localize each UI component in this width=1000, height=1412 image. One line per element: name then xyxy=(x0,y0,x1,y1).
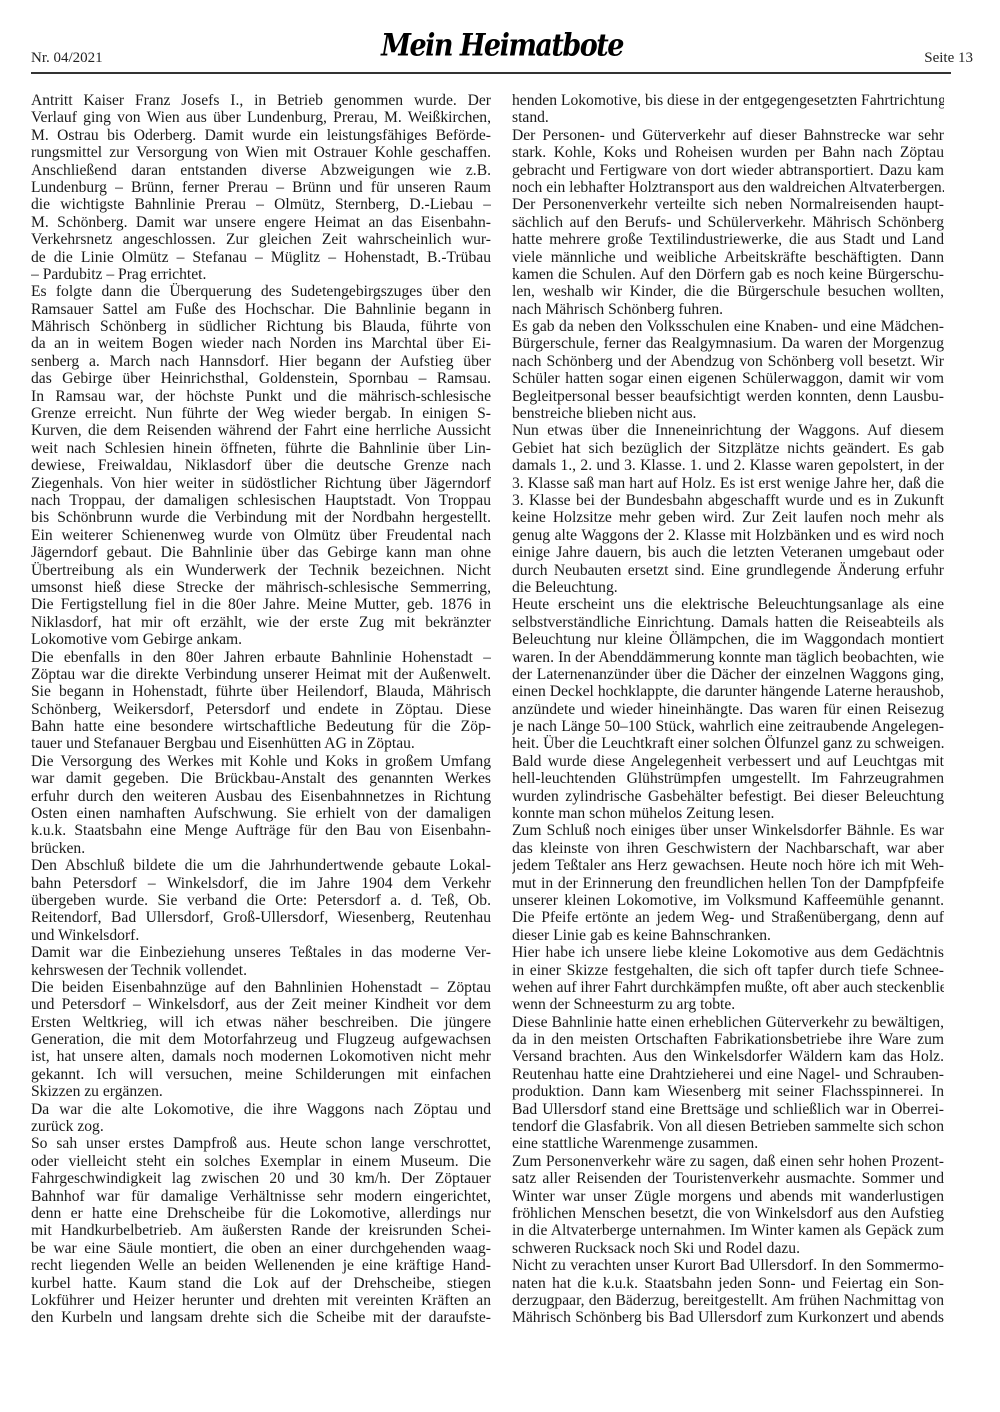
text-line: Verlauf ging von Wien aus über Lundenbur… xyxy=(31,109,491,126)
text-line: damals 1., 2. und 3. Klasse. 1. und 2. K… xyxy=(512,457,944,474)
text-line: Die beiden Eisenbahnzüge auf den Bahnlin… xyxy=(31,979,491,996)
text-line: sächlich auf den Berufs- und Schülerverk… xyxy=(512,214,944,231)
text-line: senberg a. March nach Hannsdorf. Hier be… xyxy=(31,353,491,370)
text-line: bis Schönbrunn wurde die Verbindung mit … xyxy=(31,509,491,526)
text-line: – Pardubitz – Prag errichtet. xyxy=(31,266,491,283)
text-line: Damit war die Einbeziehung unseres Teßta… xyxy=(31,944,491,961)
page-number: Seite 13 xyxy=(924,50,973,67)
text-line: Die Fertigstellung fiel in die 80er Jahr… xyxy=(31,596,491,613)
text-line: Lundenburg – Brünn, ferner Prerau – Brün… xyxy=(31,179,491,196)
text-line: Winter war unser Zügle morgens und abend… xyxy=(512,1188,944,1205)
text-line: Ersten Weltkrieg, will ich etwas näher b… xyxy=(31,1014,491,1031)
paragraph: Es folgte dann die Überquerung des Sudet… xyxy=(31,283,491,648)
text-line: umsonst hieß diese Strecke der mährisch-… xyxy=(31,579,491,596)
paragraph: Den Abschluß bildete die um die Jahrhund… xyxy=(31,857,491,944)
text-line: wehen auf ihrer Fahrt durchkämpfen mußte… xyxy=(512,979,944,996)
text-line: M. Schönberg. Damit war unsere engere He… xyxy=(31,214,491,231)
text-line: tendorf die Glasfabrik. Von all diesen B… xyxy=(512,1118,944,1135)
text-line: Nicht zu verachten unser Kurort Bad Ulle… xyxy=(512,1257,944,1274)
text-line: Kurven, die dem Reisenden während der Fa… xyxy=(31,422,491,439)
paragraph: Hier habe ich unsere liebe kleine Lokomo… xyxy=(512,944,944,1014)
text-line: Die Versorgung des Werkes mit Kohle und … xyxy=(31,753,491,770)
text-line: war damit gegeben. Die Brückbau-Anstalt … xyxy=(31,770,491,787)
text-line: da an in weitem Bogen wieder nach Norden… xyxy=(31,335,491,352)
text-line: Reitendorf, Bad Ullersdorf, Groß-Ullersd… xyxy=(31,909,491,926)
header-rule xyxy=(31,72,951,74)
text-line: kamen die Schulen. Auf den Dörfern gab e… xyxy=(512,266,944,283)
text-line: stand. xyxy=(512,109,944,126)
text-line: Osten einen namhaften Aufschwung. Sie er… xyxy=(31,805,491,822)
text-line: wenn der Schneesturm zu arg tobte. xyxy=(512,996,944,1013)
text-line: wurden zylindrische Gasbehälter befestig… xyxy=(512,788,944,805)
paragraph: So sah unser erstes Dampfroß aus. Heute … xyxy=(31,1135,491,1326)
text-line: Übertreibung als ein Wunderwerk der Tech… xyxy=(31,562,491,579)
article-column-right: henden Lokomotive, bis diese in der entg… xyxy=(512,92,944,1327)
text-line: Der Personenverkehr verteilte sich neben… xyxy=(512,196,944,213)
text-line: Es gab da neben den Volksschulen eine Kn… xyxy=(512,318,944,335)
text-line: Bahn hatte eine besondere wirtschaftlich… xyxy=(31,718,491,735)
article-column-left: Antritt Kaiser Franz Josefs I., in Betri… xyxy=(31,92,491,1327)
text-line: einen Deckel hochklappte, die darunter h… xyxy=(512,683,944,700)
text-line: anzündete und wieder hineinhängte. Das w… xyxy=(512,701,944,718)
text-line: kurbel hatte. Kaum stand die Lok auf der… xyxy=(31,1275,491,1292)
text-line: Ein weiterer Schienenweg wurde von Olmüt… xyxy=(31,527,491,544)
text-line: Antritt Kaiser Franz Josefs I., in Betri… xyxy=(31,92,491,109)
text-line: noch ein lebhafter Holztransport aus den… xyxy=(512,179,944,196)
text-line: Da war die alte Lokomotive, die ihre Wag… xyxy=(31,1101,491,1118)
text-line: die wichtigste Bahnlinie Prerau – Olmütz… xyxy=(31,196,491,213)
text-line: den Kurbeln und langsam drehte sich die … xyxy=(31,1309,491,1326)
text-line: mit Handkurbelbetrieb. Am äußersten Rand… xyxy=(31,1222,491,1239)
text-line: Gebiet hat sich bezüglich der Sitzplätze… xyxy=(512,440,944,457)
text-line: be war eine Säule montiert, die oben an … xyxy=(31,1240,491,1257)
text-line: Zum Personenverkehr wäre zu sagen, daß e… xyxy=(512,1153,944,1170)
text-line: hell-leuchtenden Glühstrümpfen umgestell… xyxy=(512,770,944,787)
text-line: Zum Schluß noch einiges über unser Winke… xyxy=(512,822,944,839)
text-line: je nach Länge 50–100 Stück, wahrlich ein… xyxy=(512,718,944,735)
text-line: schweren Rucksack noch Ski und Rodel daz… xyxy=(512,1240,944,1257)
text-line: Sie begann in Hohenstadt, führte über He… xyxy=(31,683,491,700)
text-line: Beleuchtung nur kleine Öllämpchen, die i… xyxy=(512,631,944,648)
text-line: denn er hatte eine Drehscheibe für die L… xyxy=(31,1205,491,1222)
text-line: brücken. xyxy=(31,840,491,857)
text-line: naten hat die k.u.k. Staatsbahn jeden So… xyxy=(512,1275,944,1292)
text-line: Ramsauer Sattel am Fuße des Hochschar. D… xyxy=(31,301,491,318)
text-line: stark. Kohle, Koks und Roheisen wurden p… xyxy=(512,144,944,161)
text-line: fröhlichen Menschen besetzt, die von Win… xyxy=(512,1205,944,1222)
text-line: Der Personen- und Güterverkehr auf diese… xyxy=(512,127,944,144)
text-line: erfuhr durch den weiteren Ausbau des Eis… xyxy=(31,788,491,805)
text-line: tauer und Stefanauer Bergbau und Eisenhü… xyxy=(31,735,491,752)
text-line: heit. Über die Leuchtkraft einer solchen… xyxy=(512,735,944,752)
paragraph: Nun etwas über die Inneneinrichtung der … xyxy=(512,422,944,596)
text-line: benstreiche blieben nicht aus. xyxy=(512,405,944,422)
text-line: gekannt. Ich will versuchen, meine Schil… xyxy=(31,1066,491,1083)
text-line: weit nach Schlesien hinein öffneten, füh… xyxy=(31,440,491,457)
text-line: da in den meisten Ortschaften Fabrikatio… xyxy=(512,1031,944,1048)
masthead-logo: Mein Heimatbote xyxy=(381,28,623,64)
text-line: Mährisch Schönberg bis Bad Ullersdorf zu… xyxy=(512,1309,944,1326)
text-line: nach Mährisch Schönberg fuhren. xyxy=(512,301,944,318)
text-line: Ziegenhals. Von hier weiter in südöstlic… xyxy=(31,475,491,492)
text-line: Bahnhof war für damalige Verhältnisse se… xyxy=(31,1188,491,1205)
text-line: dewiese, Freiwaldau, Niklasdorf über die… xyxy=(31,457,491,474)
text-line: Generation, die mit dem Motorfahrzeug un… xyxy=(31,1031,491,1048)
paragraph: Die ebenfalls in den 80er Jahren erbaute… xyxy=(31,649,491,753)
text-line: mut in der Erinnerung den freundlichen h… xyxy=(512,875,944,892)
text-line: Versand brachten. Aus den Winkelsdorfer … xyxy=(512,1048,944,1065)
text-line: keine Holzsitze mehr geben wird. Zur Zei… xyxy=(512,509,944,526)
text-line: in einer Skizze festgehalten, die sich o… xyxy=(512,962,944,979)
text-line: rungsmittel zur Versorgung von Wien mit … xyxy=(31,144,491,161)
text-line: einige Jahre dauern, bis auch die letzte… xyxy=(512,544,944,561)
text-line: produktion. Dann kam Wiesenberg mit sein… xyxy=(512,1083,944,1100)
paragraph: Zum Schluß noch einiges über unser Winke… xyxy=(512,822,944,944)
text-line: derzugpaar, den Bäderzug, bereitgestellt… xyxy=(512,1292,944,1309)
paragraph: Heute erscheint uns die elektrische Bele… xyxy=(512,596,944,822)
page-header: Nr. 04/2021 Mein Heimatbote Seite 13 xyxy=(31,0,973,72)
text-line: Begleitpersonal besser beaufsichtigt wer… xyxy=(512,388,944,405)
text-line: Mährisch Schönberg in südlicher Richtung… xyxy=(31,318,491,335)
paragraph: Da war die alte Lokomotive, die ihre Wag… xyxy=(31,1101,491,1136)
text-line: die Beleuchtung. xyxy=(512,579,944,596)
paragraph: Die Versorgung des Werkes mit Kohle und … xyxy=(31,753,491,857)
text-line: Jägerndorf gebaut. Die Bahnlinie über da… xyxy=(31,544,491,561)
text-line: zurück zog. xyxy=(31,1118,491,1135)
text-line: Fahrgeschwindigkeit lag zwischen 20 und … xyxy=(31,1170,491,1187)
text-line: Verkehrsnetz angeschlossen. Zur gleichen… xyxy=(31,231,491,248)
text-line: Reutenhau hatte eine Drahtzieherei und e… xyxy=(512,1066,944,1083)
text-line: der Laternenanzünder über die Dächer der… xyxy=(512,666,944,683)
text-line: dieser Linie gab es keine Bahnschranken. xyxy=(512,927,944,944)
text-line: Grenze erreicht. Nun führte der Weg wied… xyxy=(31,405,491,422)
text-line: Schüler hatten sogar einen eigenen Schül… xyxy=(512,370,944,387)
text-line: Lokomotive vom Gebirge ankam. xyxy=(31,631,491,648)
text-line: Lokführer und Heizer herunter und drehte… xyxy=(31,1292,491,1309)
text-line: Es folgte dann die Überquerung des Sudet… xyxy=(31,283,491,300)
text-line: 3. Klasse saß man hart auf Holz. Es ist … xyxy=(512,475,944,492)
text-line: In Ramsau war, der höchste Punkt und die… xyxy=(31,388,491,405)
text-line: hatte mehrere große Textilindustriewerke… xyxy=(512,231,944,248)
text-line: und Winkelsdorf. xyxy=(31,927,491,944)
text-line: Zöptau war die direkte Verbindung unsere… xyxy=(31,666,491,683)
text-line: eine stattliche Warenmenge zusammen. xyxy=(512,1135,944,1152)
paragraph: Diese Bahnlinie hatte einen erheblichen … xyxy=(512,1014,944,1153)
issue-number: Nr. 04/2021 xyxy=(31,50,103,67)
text-line: waren. In der Abenddämmerung konnte man … xyxy=(512,649,944,666)
text-line: gebracht und Fertigware von dort wieder … xyxy=(512,162,944,179)
text-line: nach Schönberg und der Abendzug von Schö… xyxy=(512,353,944,370)
text-line: selbstverständliche Einrichtung. Damals … xyxy=(512,614,944,631)
text-line: Niklasdorf, hat mir oft erzählt, wie der… xyxy=(31,614,491,631)
text-line: bahn Petersdorf – Winkelsdorf, die im Ja… xyxy=(31,875,491,892)
paragraph: Damit war die Einbeziehung unseres Teßta… xyxy=(31,944,491,979)
text-line: genug alte Waggons der 2. Klasse mit Hol… xyxy=(512,527,944,544)
text-line: jedem Teßtaler ans Herz gewachsen. Heute… xyxy=(512,857,944,874)
text-line: k.u.k. Staatsbahn eine Menge Aufträge fü… xyxy=(31,822,491,839)
paragraph: Zum Personenverkehr wäre zu sagen, daß e… xyxy=(512,1153,944,1257)
text-line: Bad Ullersdorf stand eine Brettsäge und … xyxy=(512,1101,944,1118)
text-line: das Gebirge über Heinrichsthal, Goldenst… xyxy=(31,370,491,387)
text-line: viele männliche und weibliche Arbeitskrä… xyxy=(512,249,944,266)
text-line: Den Abschluß bildete die um die Jahrhund… xyxy=(31,857,491,874)
text-line: übergeben wurde. Sie verband die Orte: P… xyxy=(31,892,491,909)
text-line: unserer kleinen Lokomotive, im Volksmund… xyxy=(512,892,944,909)
text-line: satz aller Reisenden der Touristenverkeh… xyxy=(512,1170,944,1187)
text-line: Skizzen zu ergänzen. xyxy=(31,1083,491,1100)
paragraph: henden Lokomotive, bis diese in der entg… xyxy=(512,92,944,127)
text-line: das kleinste von ihren Geschwistern der … xyxy=(512,840,944,857)
text-line: M. Ostrau bis Oderberg. Damit wurde ein … xyxy=(31,127,491,144)
text-line: Hier habe ich unsere liebe kleine Lokomo… xyxy=(512,944,944,961)
text-line: recht liegenden Welle an beiden Wellenen… xyxy=(31,1257,491,1274)
text-line: und Petersdorf – Winkelsdorf, aus der Ze… xyxy=(31,996,491,1013)
text-line: ist, hat unsere alten, damals noch moder… xyxy=(31,1048,491,1065)
text-line: Bald wurde diese Angelegenheit verbesser… xyxy=(512,753,944,770)
text-line: henden Lokomotive, bis diese in der entg… xyxy=(512,92,944,109)
text-line: nach Troppau, der damaligen schlesischen… xyxy=(31,492,491,509)
text-line: So sah unser erstes Dampfroß aus. Heute … xyxy=(31,1135,491,1152)
text-line: oder vielleicht steht ein solches Exempl… xyxy=(31,1153,491,1170)
text-line: Nun etwas über die Inneneinrichtung der … xyxy=(512,422,944,439)
text-line: kehrswesen der Technik vollendet. xyxy=(31,962,491,979)
text-line: durch Neubauten ersetzt sind. Eine grund… xyxy=(512,562,944,579)
text-line: Bürgerschule, ferner das Realgymnasium. … xyxy=(512,335,944,352)
text-line: konnte man schon mühelos Zeitung lesen. xyxy=(512,805,944,822)
paragraph: Die beiden Eisenbahnzüge auf den Bahnlin… xyxy=(31,979,491,1101)
text-line: Heute erscheint uns die elektrische Bele… xyxy=(512,596,944,613)
text-line: 3. Klasse bei der Bundesbahn abgeschafft… xyxy=(512,492,944,509)
text-line: Die Pfeife ertönte an jedem Weg- und Str… xyxy=(512,909,944,926)
paragraph: Antritt Kaiser Franz Josefs I., in Betri… xyxy=(31,92,491,283)
text-line: in die Altvaterberge unternahmen. Im Win… xyxy=(512,1222,944,1239)
paragraph: Nicht zu verachten unser Kurort Bad Ulle… xyxy=(512,1257,944,1327)
paragraph: Der Personen- und Güterverkehr auf diese… xyxy=(512,127,944,318)
paragraph: Es gab da neben den Volksschulen eine Kn… xyxy=(512,318,944,422)
text-line: Anschließend daran entstanden diverse Ab… xyxy=(31,162,491,179)
text-line: de die Linie Olmütz – Stefanau – Müglitz… xyxy=(31,249,491,266)
text-line: len, weshalb wir Kinder, die die Bürgers… xyxy=(512,283,944,300)
text-line: Schönberg, Weikersdorf, Petersdorf und e… xyxy=(31,701,491,718)
text-line: Diese Bahnlinie hatte einen erheblichen … xyxy=(512,1014,944,1031)
text-line: Die ebenfalls in den 80er Jahren erbaute… xyxy=(31,649,491,666)
